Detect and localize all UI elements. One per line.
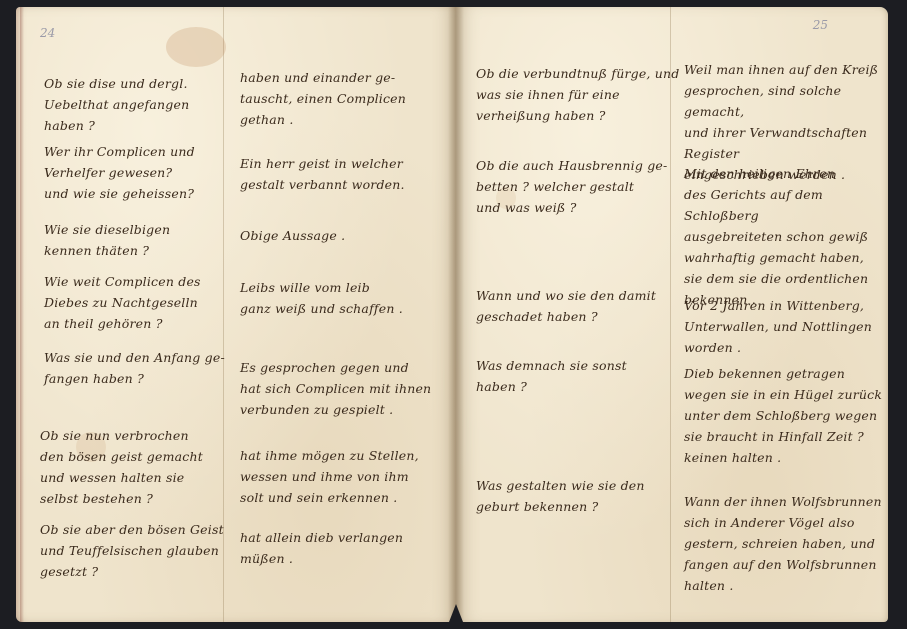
entry: Obige Aussage . bbox=[240, 225, 345, 246]
book-gutter bbox=[448, 7, 464, 622]
entry: Wie sie dieselbigen kennen thäten ? bbox=[44, 219, 170, 261]
right-page: 25 Ob die verbundtnuß fürge, und was sie… bbox=[456, 7, 888, 622]
entry: Was demnach sie sonst haben ? bbox=[476, 355, 627, 397]
entry: Wie weit Complicen des Diebes zu Nachtge… bbox=[44, 271, 201, 334]
open-manuscript: 24 Ob sie dise und dergl. Uebelthat ange… bbox=[16, 7, 888, 622]
entry: Wann und wo sie den damit geschadet habe… bbox=[476, 285, 656, 327]
entry: hat ihme mögen zu Stellen, wessen und ih… bbox=[240, 445, 419, 508]
entry: Ein herr geist in welcher gestalt verban… bbox=[240, 153, 405, 195]
page-number: 25 bbox=[813, 18, 828, 32]
entry: Was gestalten wie sie den geburt bekenne… bbox=[476, 475, 645, 517]
document-viewer: 24 Ob sie dise und dergl. Uebelthat ange… bbox=[0, 0, 907, 629]
entry: Vor 2 Jahren in Wittenberg, Unterwallen,… bbox=[684, 295, 872, 358]
entry: Mit den heiligen Ehren des Gerichts auf … bbox=[684, 163, 888, 310]
page-number: 24 bbox=[40, 26, 55, 40]
edge-stain bbox=[20, 7, 24, 622]
entry: haben und einander ge- tauscht, einen Co… bbox=[240, 67, 406, 130]
entry: Es gesprochen gegen und hat sich Complic… bbox=[240, 357, 431, 420]
entry: Ob sie nun verbrochen den bösen geist ge… bbox=[40, 425, 203, 509]
entry: Dieb bekennen getragen wegen sie in ein … bbox=[684, 363, 882, 468]
entry: Ob die auch Hausbrennig ge- betten ? wel… bbox=[476, 155, 667, 218]
left-page: 24 Ob sie dise und dergl. Uebelthat ange… bbox=[16, 7, 456, 622]
entry: Wer ihr Complicen und Verhelfer gewesen?… bbox=[44, 141, 195, 204]
entry: Wann der ihnen Wolfsbrunnen sich in Ande… bbox=[684, 491, 882, 596]
entry: Was sie und den Anfang ge- fangen haben … bbox=[44, 347, 225, 389]
entry: Ob sie dise und dergl. Uebelthat angefan… bbox=[44, 73, 189, 136]
entry: hat allein dieb verlangen müßen . bbox=[240, 527, 403, 569]
entry: Ob die verbundtnuß fürge, und was sie ih… bbox=[476, 63, 679, 126]
entry: Ob sie aber den bösen Geist und Teuffels… bbox=[40, 519, 224, 582]
entry: Leibs wille vom leib ganz weiß und schaf… bbox=[240, 277, 403, 319]
water-stain bbox=[166, 27, 226, 67]
